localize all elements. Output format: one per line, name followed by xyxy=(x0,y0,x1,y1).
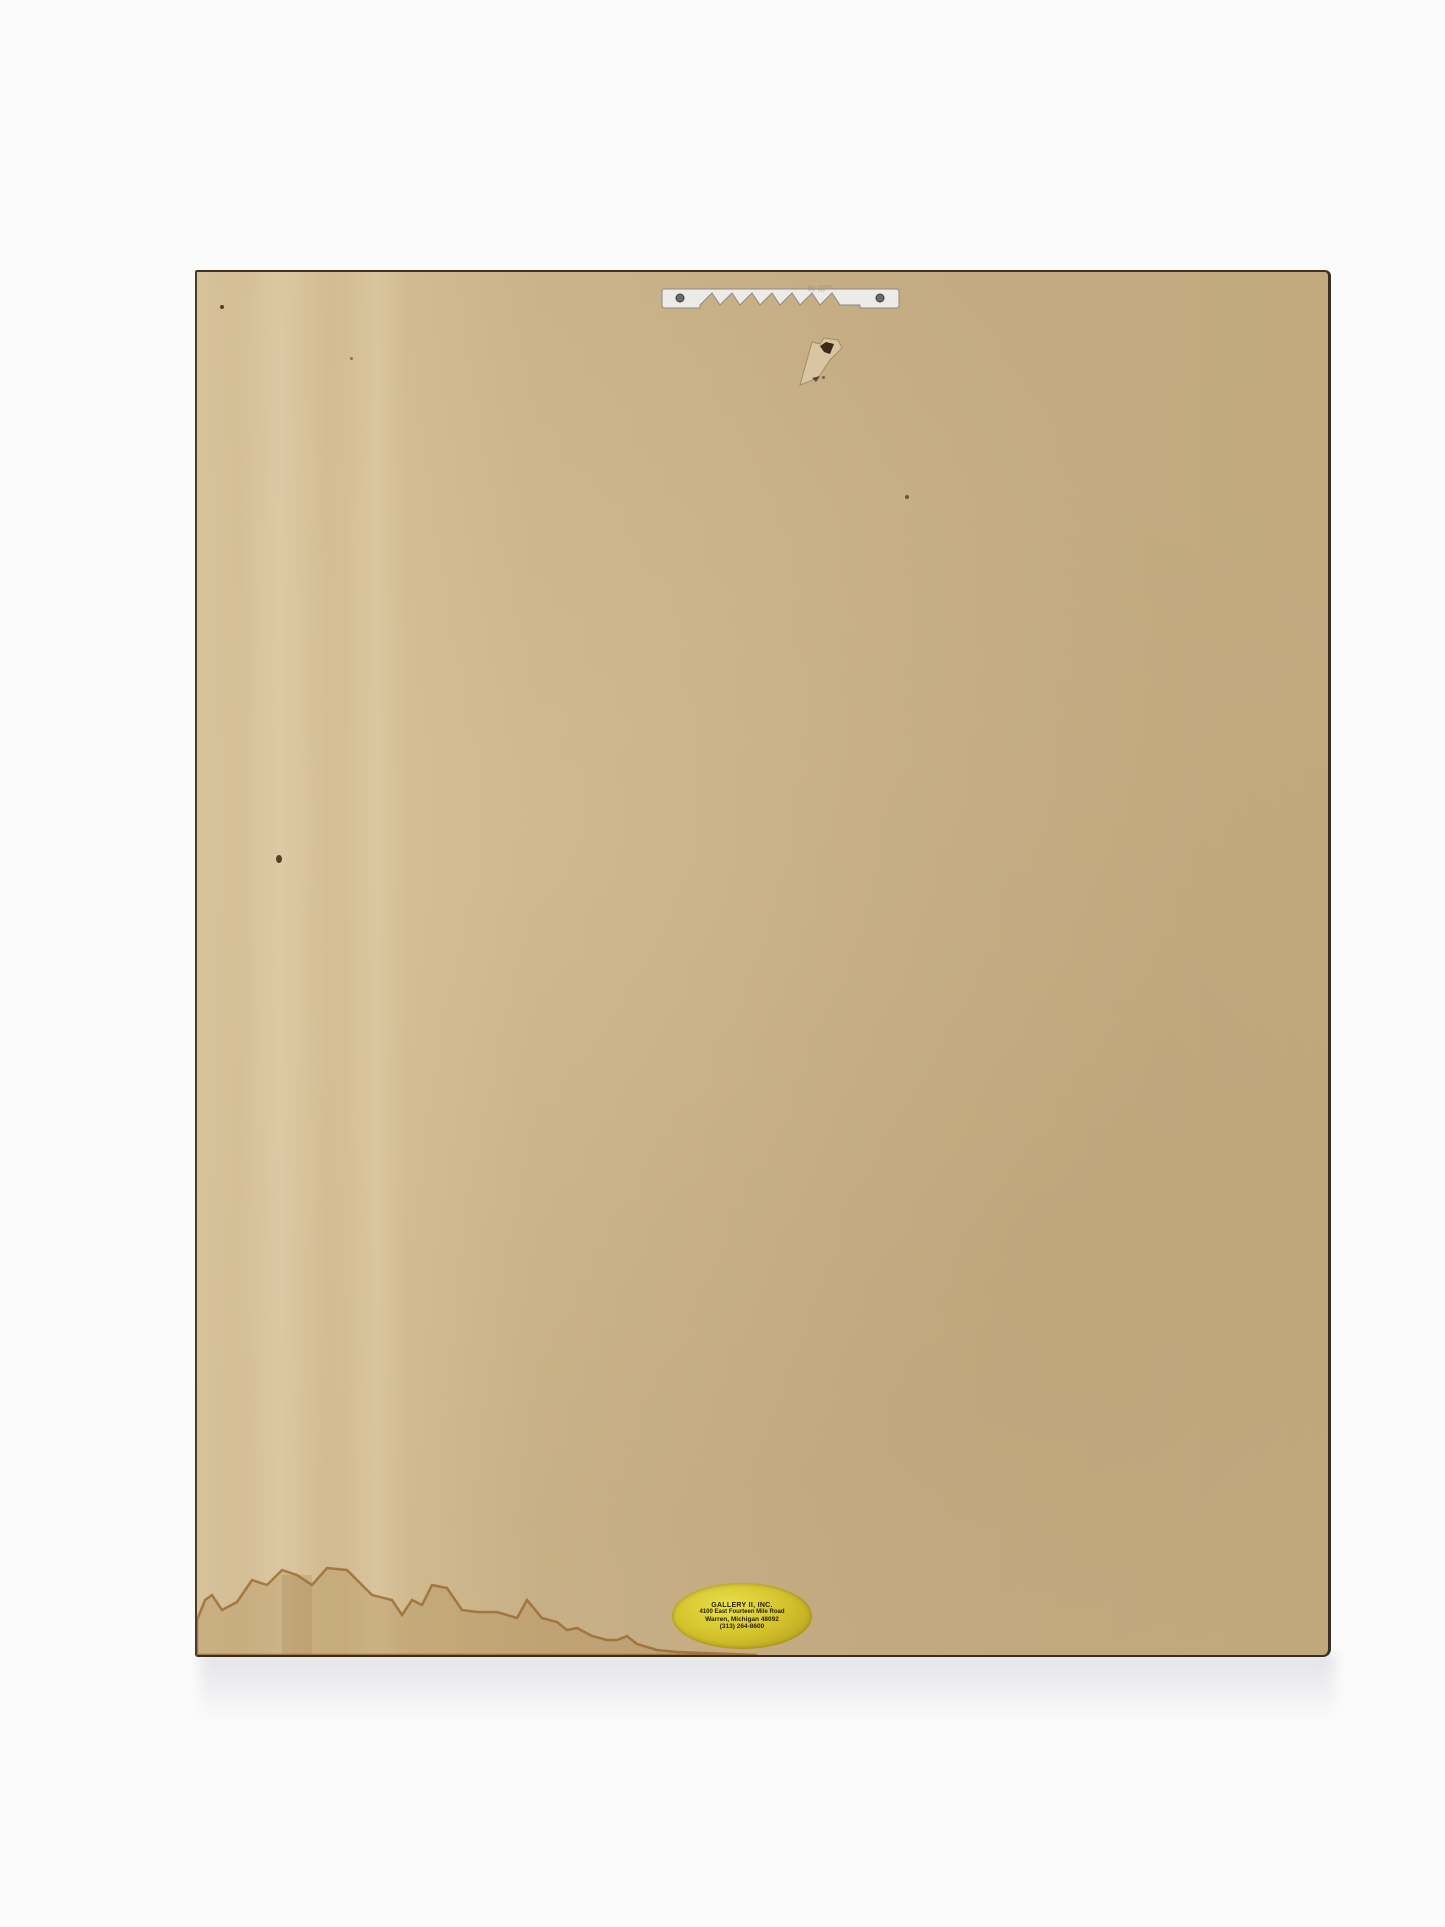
gallery-street: 4100 East Fourteen Mile Road xyxy=(699,1609,784,1616)
hanger-imprint: 512 ?????? ??? ??? xyxy=(808,286,832,295)
gallery-city: Warren, Michigan 48092 xyxy=(705,1616,779,1623)
light-streak xyxy=(347,272,407,1655)
dark-spot xyxy=(905,495,909,499)
dark-spot xyxy=(350,357,353,360)
dark-spot xyxy=(220,305,224,309)
gallery-name: GALLERY II, INC. xyxy=(711,1602,773,1610)
frame-backing-board xyxy=(195,270,1331,1657)
gallery-phone: (313) 264-8600 xyxy=(720,1623,764,1630)
board-shadow xyxy=(200,1652,1335,1722)
dark-spot xyxy=(276,855,282,863)
torn-paper-icon xyxy=(790,330,850,390)
sawtooth-hanger-icon xyxy=(660,283,900,313)
water-stain xyxy=(197,1540,757,1655)
light-streak xyxy=(237,272,327,1655)
sawtooth-hanger: 512 ?????? ??? ??? xyxy=(660,283,900,313)
gallery-label-sticker: GALLERY II, INC. 4100 East Fourteen Mile… xyxy=(672,1583,812,1649)
